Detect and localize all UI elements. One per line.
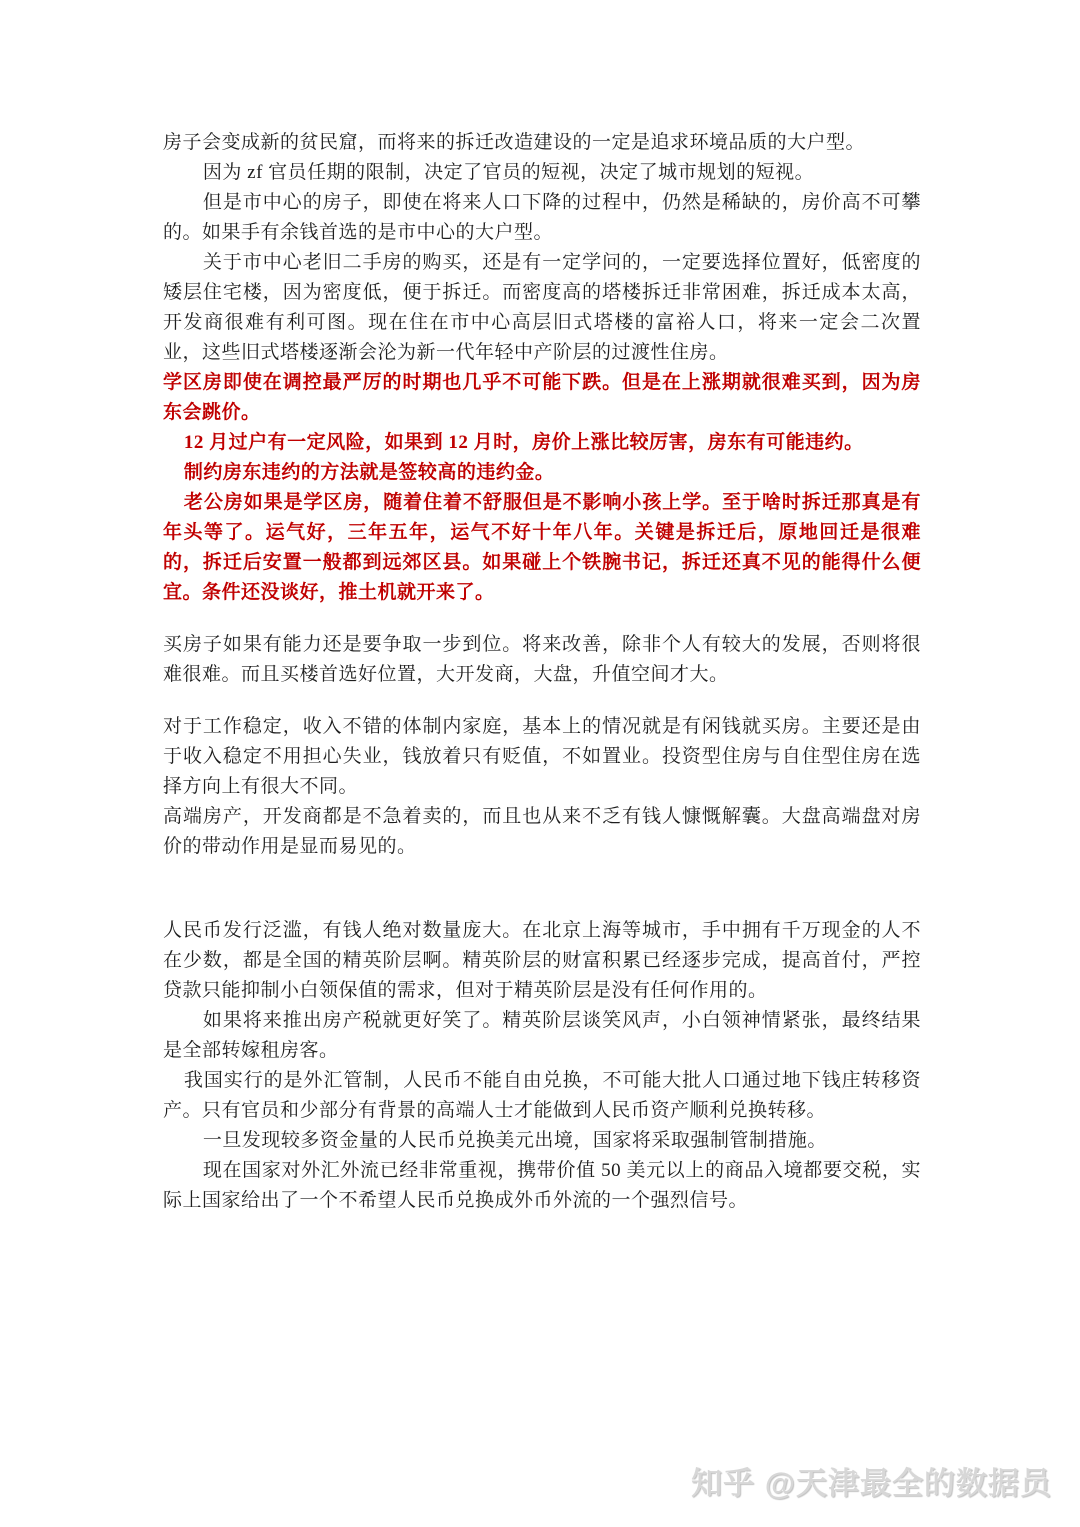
paragraph: 一旦发现较多资金量的人民币兑换美元出境，国家将采取强制管制措施。 bbox=[163, 1126, 921, 1156]
emphasis-paragraph: 老公房如果是学区房，随着住着不舒服但是不影响小孩上学。至于啥时拆迁那真是有年头等… bbox=[163, 488, 921, 608]
emphasis-paragraph: 12 月过户有一定风险，如果到 12 月时，房价上涨比较厉害，房东有可能违约。 bbox=[163, 428, 921, 458]
paragraph: 因为 zf 官员任期的限制，决定了官员的短视，决定了城市规划的短视。 bbox=[163, 158, 921, 188]
document-body: 房子会变成新的贫民窟，而将来的拆迁改造建设的一定是追求环境品质的大户型。因为 z… bbox=[163, 128, 921, 1216]
zhihu-watermark: 知乎 @天津最全的数据员 bbox=[691, 1458, 1052, 1503]
paragraph: 现在国家对外汇外流已经非常重视，携带价值 50 美元以上的商品入境都要交税，实际… bbox=[163, 1156, 921, 1216]
emphasis-paragraph: 制约房东违约的方法就是签较高的违约金。 bbox=[163, 458, 921, 488]
paragraph: 如果将来推出房产税就更好笑了。精英阶层谈笑风声，小白领神情紧张，最终结果是全部转… bbox=[163, 1006, 921, 1066]
paragraph: 我国实行的是外汇管制，人民币不能自由兑换，不可能大批人口通过地下钱庄转移资产。只… bbox=[163, 1066, 921, 1126]
paragraph: 买房子如果有能力还是要争取一步到位。将来改善，除非个人有较大的发展，否则将很难很… bbox=[163, 630, 921, 690]
paragraph: 对于工作稳定，收入不错的体制内家庭，基本上的情况就是有闲钱就买房。主要还是由于收… bbox=[163, 712, 921, 802]
paragraph: 房子会变成新的贫民窟，而将来的拆迁改造建设的一定是追求环境品质的大户型。 bbox=[163, 128, 921, 158]
paragraph: 但是市中心的房子，即使在将来人口下降的过程中，仍然是稀缺的，房价高不可攀的。如果… bbox=[163, 188, 921, 248]
paragraph: 关于市中心老旧二手房的购买，还是有一定学问的，一定要选择位置好，低密度的矮层住宅… bbox=[163, 248, 921, 368]
paragraph: 高端房产，开发商都是不急着卖的，而且也从来不乏有钱人慷慨解囊。大盘高端盘对房价的… bbox=[163, 802, 921, 862]
emphasis-paragraph: 学区房即使在调控最严厉的时期也几乎不可能下跌。但是在上涨期就很难买到，因为房东会… bbox=[163, 368, 921, 428]
document-page: 房子会变成新的贫民窟，而将来的拆迁改造建设的一定是追求环境品质的大户型。因为 z… bbox=[0, 0, 1080, 1527]
paragraph: 人民币发行泛滥，有钱人绝对数量庞大。在北京上海等城市，手中拥有千万现金的人不在少… bbox=[163, 916, 921, 1006]
